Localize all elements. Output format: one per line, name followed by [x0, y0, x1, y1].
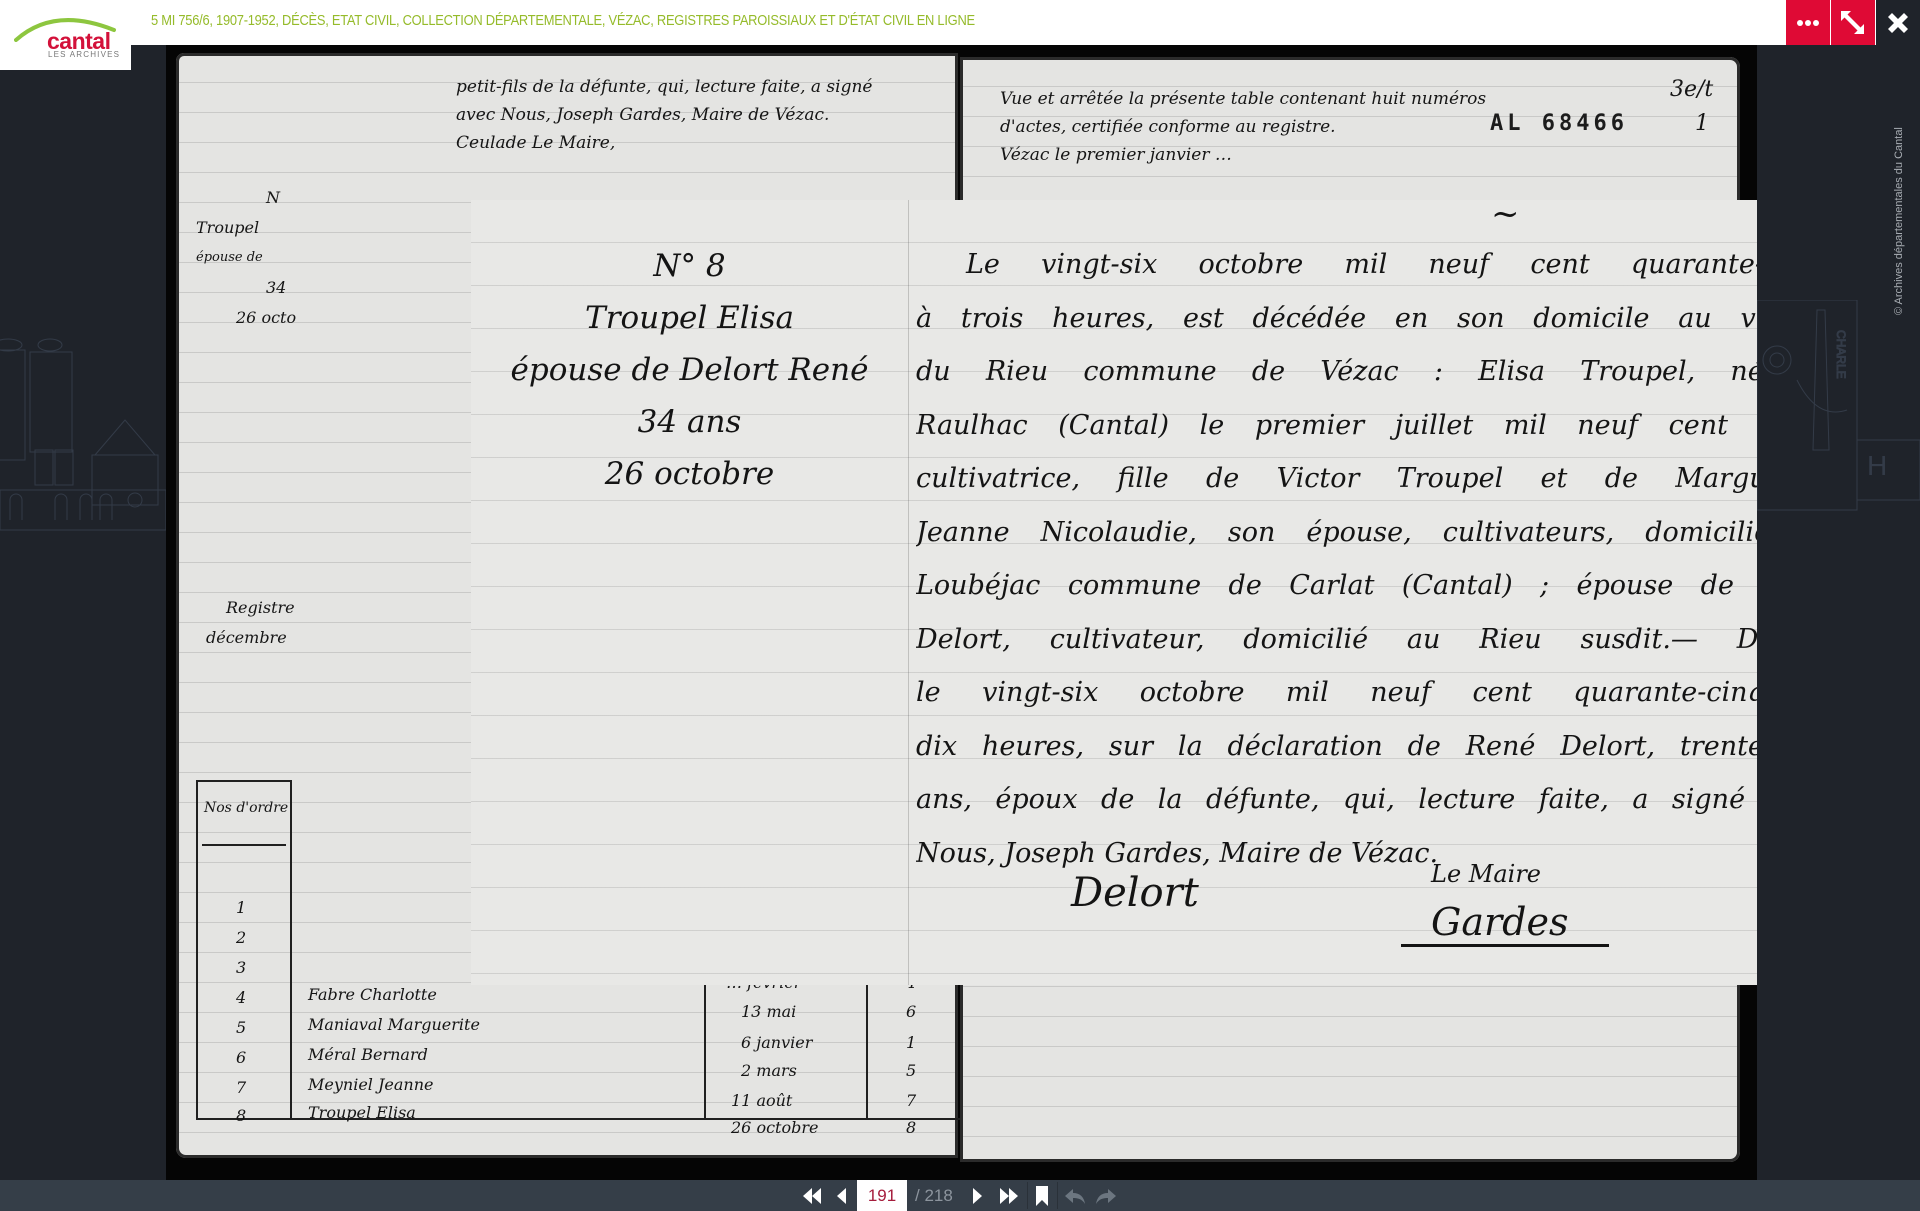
table-row-date: 11 août: [731, 1091, 792, 1110]
total-pages-label: / 218: [915, 1186, 953, 1206]
record-number: N° 8: [471, 240, 908, 292]
redo-arrow-icon: [1095, 1187, 1117, 1205]
table-order-number-column: Nos d'ordre: [196, 780, 292, 1120]
expand-arrows-icon: [1839, 9, 1867, 37]
table-row-no: 5: [236, 1018, 246, 1037]
table-row-date: 6 janvier: [741, 1033, 812, 1052]
logo-subtitle: LES ARCHIVES: [48, 50, 120, 59]
signature-flourish: ~: [1491, 194, 1520, 234]
right-triangle-icon: [972, 1187, 984, 1205]
right-page-certification-text: Vue et arrêtée la présente table contena…: [1000, 85, 1486, 169]
table-row-ref: 5: [906, 1061, 916, 1080]
mayor-signature: Gardes: [1401, 900, 1609, 947]
table-row-name: Meyniel Jeanne: [308, 1075, 433, 1094]
left-triangle-icon: [835, 1187, 847, 1205]
table-row-no: 7: [236, 1078, 246, 1097]
ellipsis-icon: [1796, 19, 1820, 27]
background-monument-illustration: [0, 330, 166, 550]
declarant-signature: Delort: [1071, 870, 1199, 916]
table-row-name: Méral Bernard: [308, 1045, 428, 1064]
table-row: 1: [236, 898, 246, 917]
table-row-name: Troupel Elisa: [308, 1103, 416, 1122]
bookmark-button[interactable]: [1031, 1180, 1053, 1211]
top-header-bar: cantal LES ARCHIVES 5 MI 756/6, 1907-195…: [0, 0, 1920, 45]
copyright-notice: © Archives départementales du Cantal: [1893, 127, 1905, 315]
close-x-icon: [1885, 10, 1911, 36]
document-image-viewer[interactable]: petit-fils de la défunte, qui, lecture f…: [166, 45, 1757, 1180]
table-row-ref: 8: [906, 1118, 916, 1137]
table-row-ref: 7: [906, 1091, 916, 1110]
redo-button[interactable]: [1092, 1180, 1120, 1211]
spouse-line: épouse de Delort René: [471, 344, 908, 396]
document-title: 5 MI 756/6, 1907-1952, DÉCÈS, ETAT CIVIL…: [151, 12, 975, 29]
more-options-button[interactable]: [1786, 0, 1830, 45]
corner-note: 3e/t: [1670, 77, 1713, 102]
table-row-no: 6: [236, 1048, 246, 1067]
left-margin-entry: N Troupel épouse de 34 26 octo: [196, 183, 296, 333]
page-navigation-toolbar: / 218: [0, 1180, 1920, 1211]
current-page-input[interactable]: [857, 1180, 907, 1211]
svg-text:H: H: [1867, 450, 1887, 481]
table-row-date: 13 mai: [741, 1002, 796, 1021]
double-left-arrow-icon: [801, 1187, 823, 1205]
close-viewer-button[interactable]: [1876, 0, 1920, 45]
table-row-ref: 6: [906, 1002, 916, 1021]
death-date: 26 octobre: [471, 448, 908, 500]
double-right-arrow-icon: [998, 1187, 1020, 1205]
left-margin-register-note: Registre décembre: [206, 593, 295, 653]
undo-arrow-icon: [1064, 1187, 1086, 1205]
table-row-ref: 1: [906, 1033, 916, 1052]
cantal-archives-logo[interactable]: cantal LES ARCHIVES: [0, 0, 131, 70]
table-row-no: 8: [236, 1106, 246, 1125]
deceased-age: 34 ans: [471, 396, 908, 448]
record-body-text: Le vingt-six octobre mil neuf cent quara…: [916, 238, 1757, 880]
previous-page-button[interactable]: [830, 1180, 852, 1211]
zoomed-record-overlay[interactable]: ~ N° 8 Troupel Elisa épouse de Delort Re…: [471, 200, 1757, 985]
next-page-button[interactable]: [967, 1180, 989, 1211]
table-row-name: Maniaval Marguerite: [308, 1015, 480, 1034]
archive-stamp: AL 68466: [1490, 111, 1628, 136]
table-row-date: 26 octobre: [731, 1118, 818, 1137]
undo-button[interactable]: [1061, 1180, 1089, 1211]
last-page-button[interactable]: [995, 1180, 1023, 1211]
record-margin-summary: N° 8 Troupel Elisa épouse de Delort René…: [471, 240, 908, 500]
mayor-label: Le Maire: [1431, 860, 1541, 888]
table-row-name: Fabre Charlotte: [308, 985, 437, 1004]
first-page-button[interactable]: [798, 1180, 826, 1211]
fullscreen-button[interactable]: [1831, 0, 1875, 45]
stamp-suffix: 1: [1695, 111, 1709, 136]
background-statue-illustration: CHARLE H: [1757, 300, 1920, 530]
table-row-date: 2 mars: [741, 1061, 797, 1080]
table-row: 2: [236, 928, 246, 947]
table-header-order-number: Nos d'ordre: [204, 800, 288, 816]
archive-viewer-app: CHARLE H © Archives départementales du C…: [0, 0, 1920, 1211]
table-row: 3: [236, 958, 246, 977]
table-header-divider: [202, 844, 286, 846]
bookmark-icon: [1036, 1186, 1048, 1206]
svg-text:CHARLE: CHARLE: [1834, 330, 1848, 379]
table-row-no: 4: [236, 988, 246, 1007]
left-page-top-text: petit-fils de la défunte, qui, lecture f…: [456, 73, 872, 157]
deceased-name: Troupel Elisa: [471, 292, 908, 344]
